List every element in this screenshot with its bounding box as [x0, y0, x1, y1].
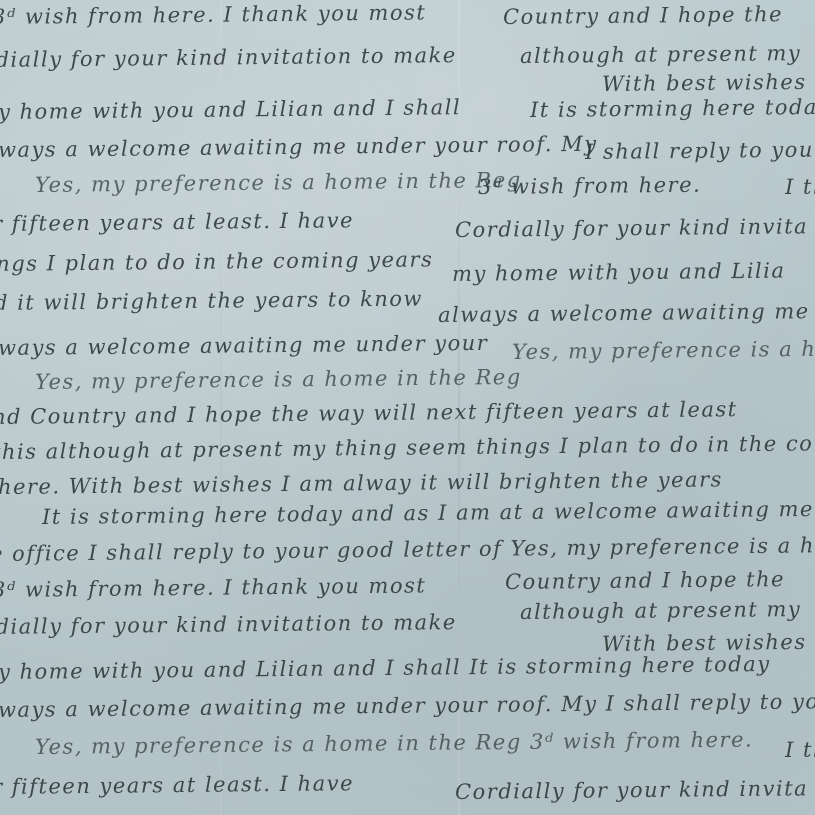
handwriting-line: Yes, my preference is a home in the Reg [35, 168, 522, 197]
handwritten-letter-paper: 3ᵈ wish from here. I thank you most Coun… [0, 0, 815, 815]
handwriting-line: I shall reply to your [585, 137, 815, 164]
handwriting-line: Yes, my preference is a home in the Reg [35, 365, 522, 394]
handwriting-line: ways a welcome awaiting me under your ro… [0, 689, 815, 722]
handwriting-line: Cordially for your kind invita [455, 776, 808, 804]
handwriting-line: With best wishes [602, 70, 807, 96]
handwriting-line: nd Country and I hope the way will next … [0, 397, 738, 429]
handwriting-line: It is storming here today [530, 95, 815, 122]
handwriting-line: 3ᵈ wish from here. [478, 173, 701, 199]
handwriting-line: ways a welcome awaiting me under your [0, 331, 488, 360]
handwriting-line: y home with you and Lilian and I shall I… [0, 652, 771, 684]
handwriting-line: rdially for your kind invitation to make [0, 610, 457, 639]
handwriting-line: e office I shall reply to your good lett… [0, 533, 815, 566]
handwriting-line: I th [785, 738, 815, 762]
handwriting-line: Cordially for your kind invita [455, 214, 808, 242]
handwriting-line: 3ᵈ wish from here. I thank you most [0, 573, 426, 602]
handwriting-line: here. With best wishes I am alway it wil… [0, 467, 723, 499]
handwriting-line: ings I plan to do in the coming years [0, 247, 433, 276]
handwriting-line: although at present my [520, 41, 801, 68]
handwriting-line: I th [785, 175, 815, 199]
handwriting-line: rdially for your kind invitation to make [0, 43, 457, 72]
handwriting-line: although at present my [520, 597, 801, 624]
handwriting-line: my home with you and Lilia [452, 259, 786, 286]
handwriting-line: this although at present my thing seem t… [0, 431, 815, 464]
handwriting-line: It is storming here today and as I am at… [42, 497, 814, 529]
handwriting-line: r fifteen years at least. I have [0, 771, 354, 799]
handwriting-line: 3ᵈ wish from here. I thank you most [0, 0, 426, 29]
handwriting-line: Country and I hope the [505, 567, 785, 594]
handwriting-line: always a welcome awaiting me [438, 299, 810, 327]
handwriting-line: Yes, my preference is a home in the Reg … [35, 727, 753, 759]
handwriting-line: Yes, my preference is a h [512, 337, 815, 364]
handwriting-line: r fifteen years at least. I have [0, 208, 354, 236]
handwriting-line: Country and I hope the [503, 2, 783, 29]
handwriting-line: y home with you and Lilian and I shall [0, 95, 461, 124]
handwriting-line: d it will brighten the years to know [0, 287, 423, 315]
handwriting-line: ways a welcome awaiting me under your ro… [0, 132, 598, 162]
